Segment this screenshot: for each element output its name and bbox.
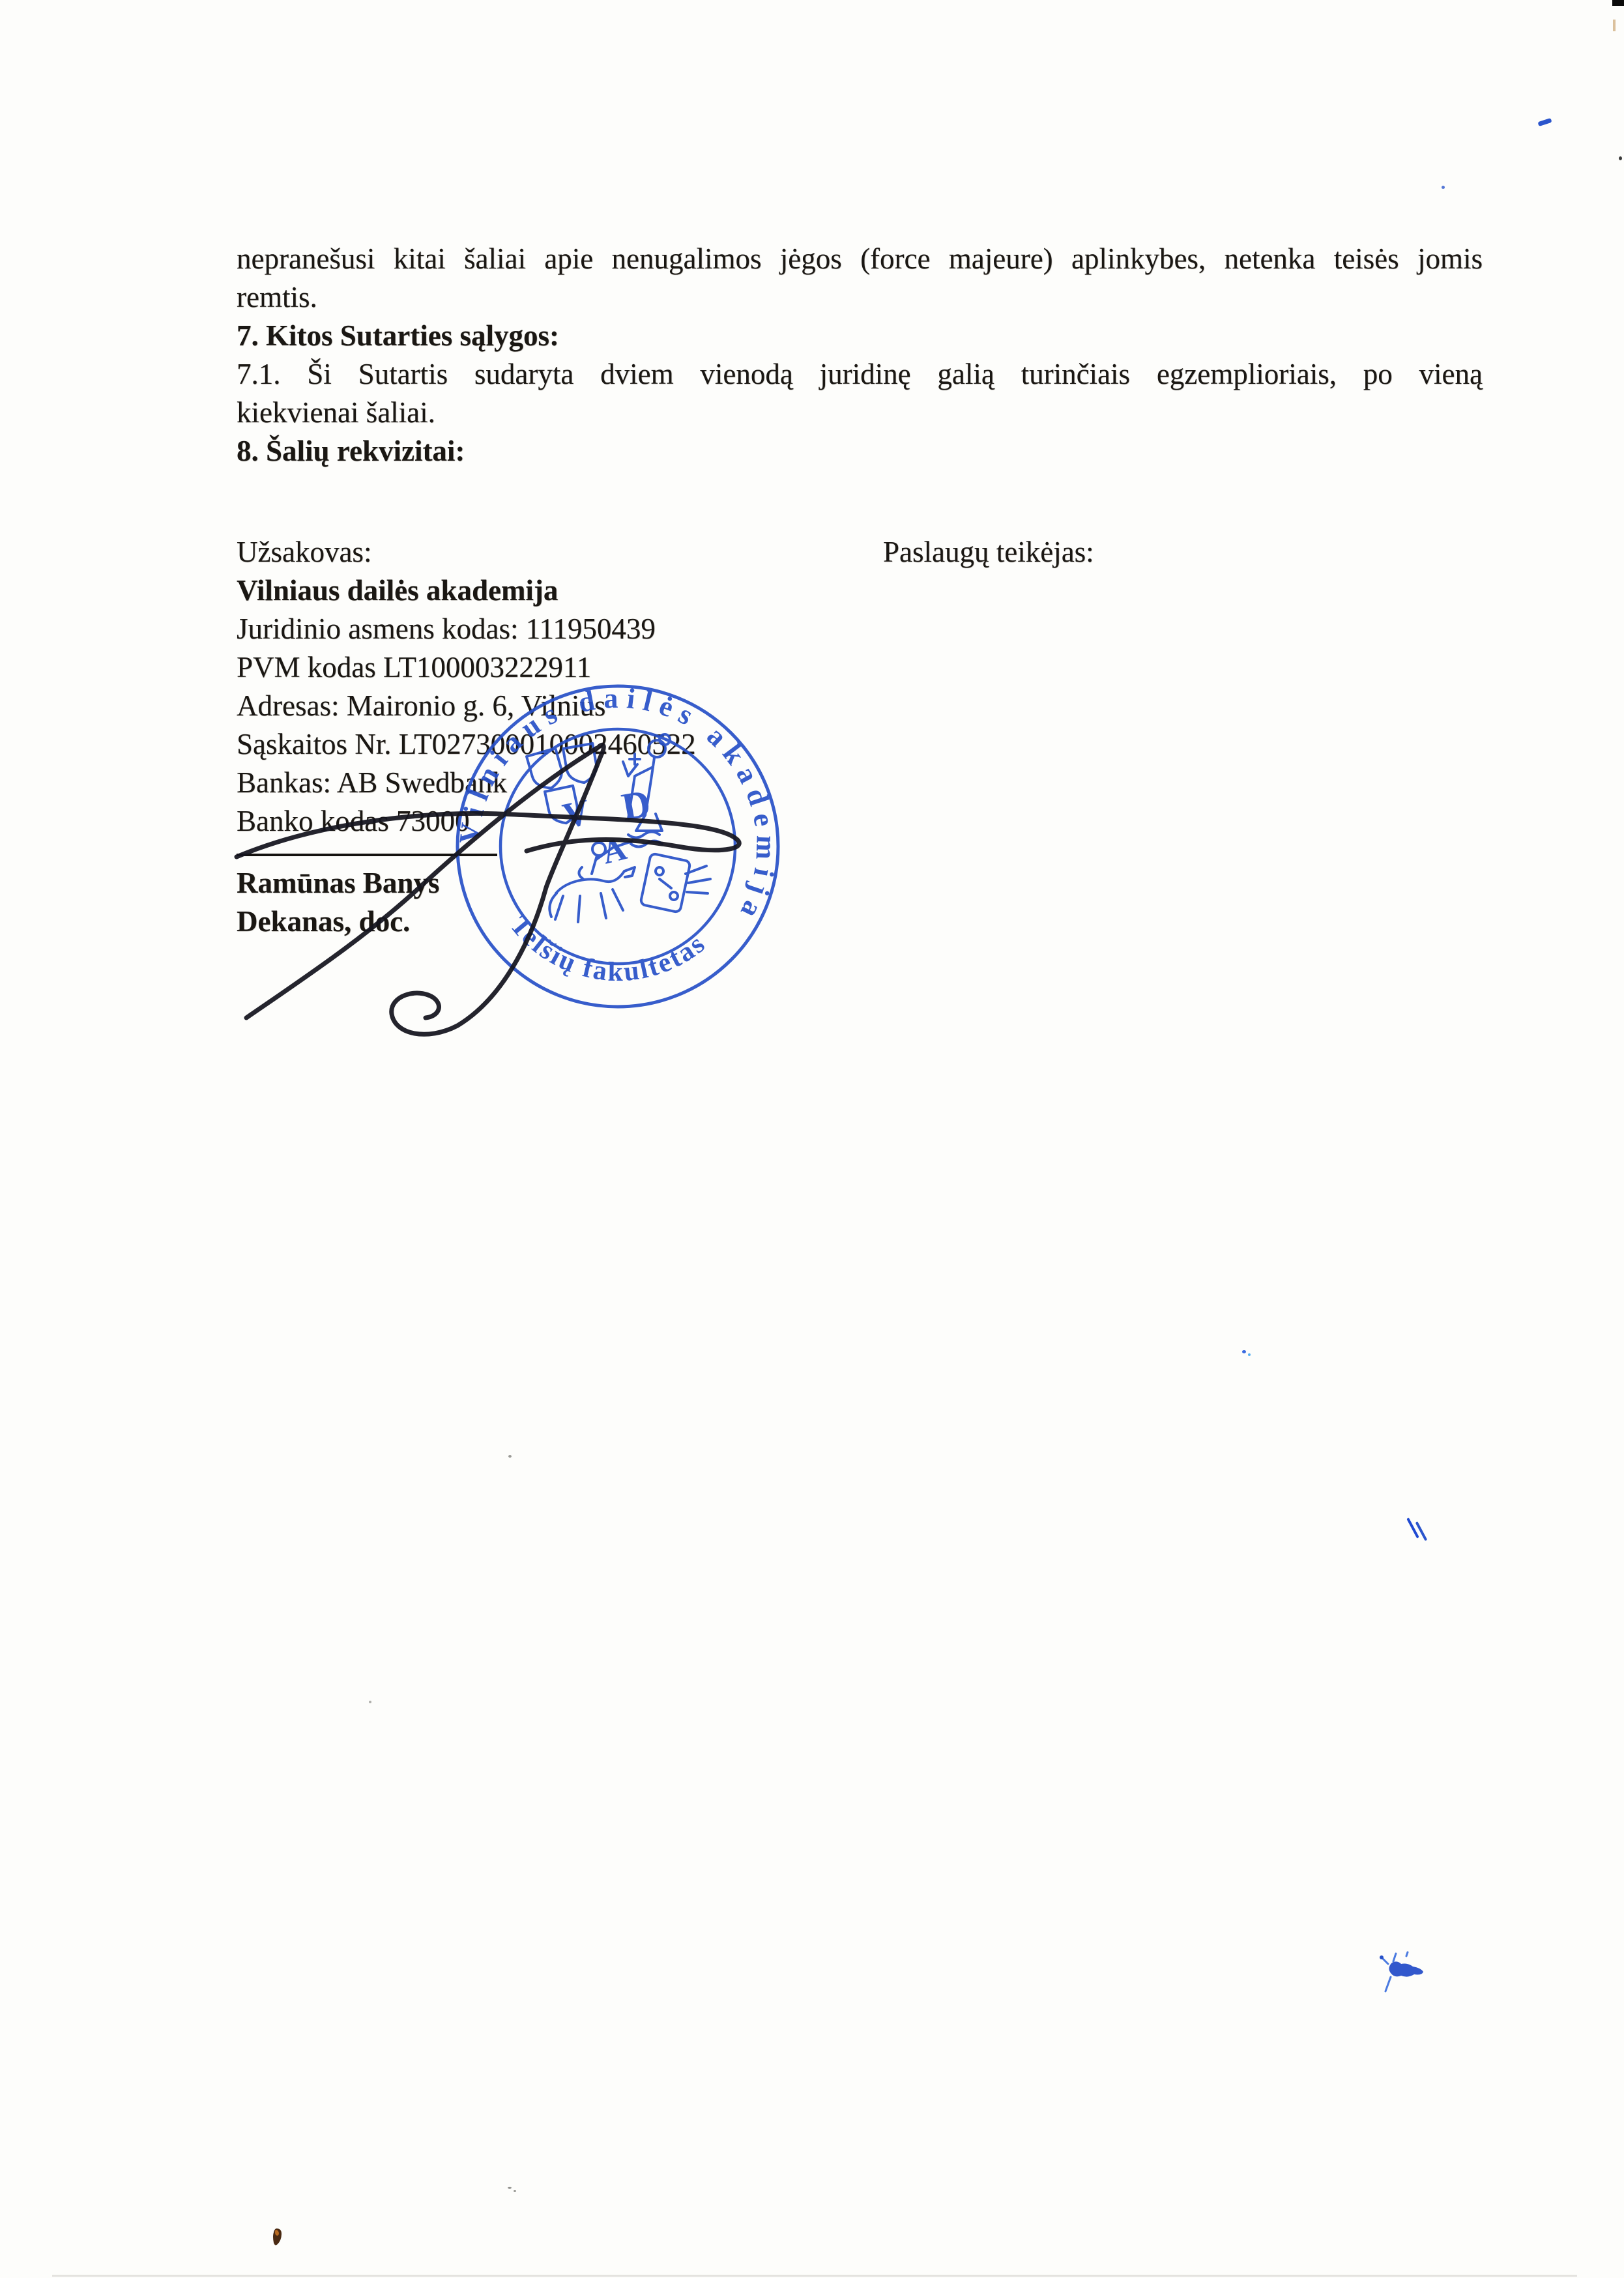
stamp-tablet-hand-icon [640, 853, 710, 912]
section-8-heading: 8. Šalių rekvizitai: [237, 432, 1483, 470]
stamp-arc-bottom-text: Telšių fakultetas [499, 908, 714, 998]
clause-7-1-line-1: 7.1. Ši Sutartis sudaryta dviem vienodą … [237, 355, 1483, 394]
round-stamp: Vilniaus dailės akademija Telšių fakulte… [435, 664, 800, 1029]
blue-pen-slash-1 [1406, 1518, 1419, 1538]
dark-speck [1619, 156, 1622, 160]
scanned-contract-page: nepranešusi kitai šaliai apie nenugalimo… [0, 0, 1624, 2278]
brown-fleck [268, 2226, 288, 2249]
gray-speck-1 [508, 1455, 512, 1458]
gray-speck-4 [514, 2190, 516, 2192]
scan-bottom-edge [52, 2275, 1577, 2277]
blue-speck-1 [1242, 1350, 1246, 1353]
force-majeure-line-1: nepranešusi kitai šaliai apie nenugalimo… [237, 240, 1483, 278]
provider-label: Paslaugų teikėjas: [883, 533, 1094, 571]
scan-corner-mark [1612, 0, 1624, 6]
stamp-monogram-a: A [598, 829, 630, 871]
section-7-heading: 7. Kitos Sutarties sąlygos: [237, 317, 1483, 355]
gray-speck-3 [508, 2187, 512, 2189]
scan-edge-tick [1613, 20, 1616, 31]
stamp-arc-bottom-text-holder: Telšių fakultetas [499, 908, 714, 998]
gray-speck-2 [369, 1701, 371, 1703]
client-label: Užsakovas: [237, 533, 888, 571]
blue-speck-2 [1248, 1353, 1251, 1356]
force-majeure-line-2: remtis. [237, 278, 1483, 317]
blue-ink-dot [1442, 186, 1445, 189]
client-legal-code: Juridinio asmens kodas: 111950439 [237, 610, 888, 648]
contract-body: nepranešusi kitai šaliai apie nenugalimo… [237, 240, 1483, 470]
client-name: Vilniaus dailės akademija [237, 571, 888, 610]
stamp-monogram-v: V [559, 792, 593, 837]
blue-ink-blot [1374, 1948, 1432, 2007]
blue-ink-dash [1537, 118, 1552, 126]
clause-7-1-line-2: kiekvienai šaliai. [237, 394, 1483, 432]
